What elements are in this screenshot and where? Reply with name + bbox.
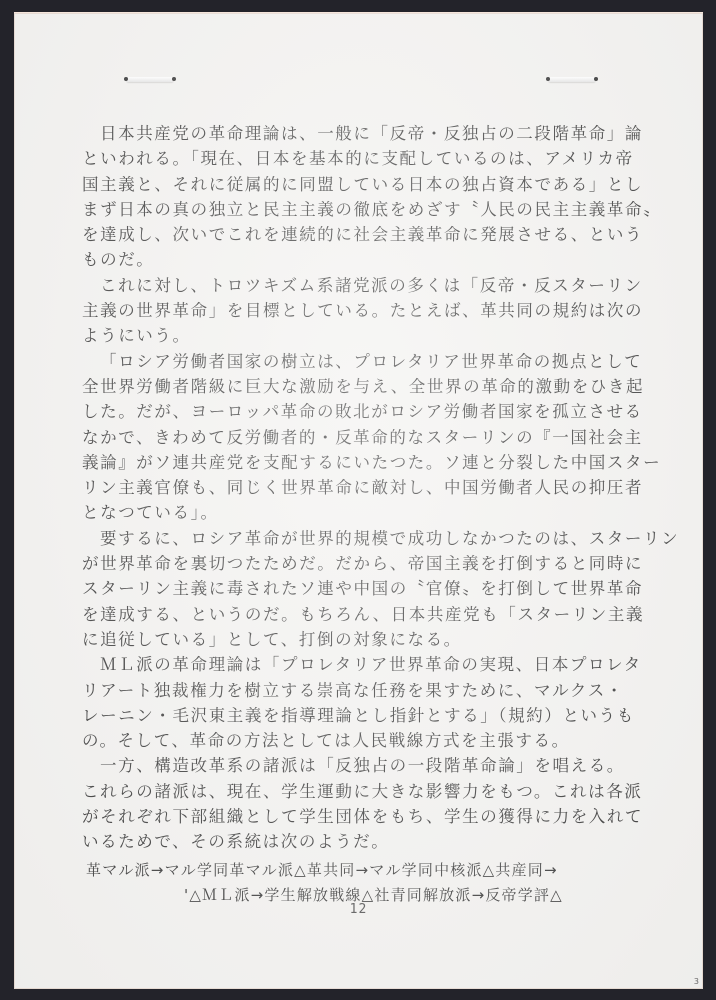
paragraph-jcp-theory: 日本共産党の革命理論は、一般に「反帝・反独占の二段階革命」論 といわれる。「現在… [82,121,614,273]
text-line: これに対し、トロツキズム系諸党派の多くは「反帝・反スターリン [82,273,614,298]
text-line: まず日本の真の独立と民主主義の徹底をめざす〝人民の民主主義革命〟 [82,197,614,222]
text-line: リアート独裁権力を樹立する崇高な任務を果すために、マルクス・ [82,678,614,703]
paragraph-summary: 要するに、ロシア革命が世界的規模で成功しなかつたのは、スターリン が世界革命を裏… [82,526,614,652]
text-line: を達成し、次いでこれを連続的に社会主義革命に発展させる、という [82,222,614,247]
staple-left [126,77,174,82]
paragraph-structural-reform: 一方、構造改革系の諸派は「反独占の一段階革命論」を唱える。 これらの諸派は、現在… [82,753,614,854]
staple-right [548,77,596,82]
faction-lineage: 革マル派→マル学同革マル派△革共同→マル学同中核派△共産同→ '△ＭＬ派→学生解… [82,858,614,909]
text-line: を達成する、というのだ。もちろん、日本共産党も「スターリン主義 [82,602,614,627]
text-line: 主義の世界革命」を目標としている。たとえば、革共同の規約は次の [82,298,614,323]
text-line: いるためで、その系統は次のようだ。 [82,829,614,854]
text-line: の。そして、革命の方法としては人民戦線方式を主張する。 [82,728,614,753]
text-line: レーニン・毛沢東主義を指導理論とし指針とする」（規約）というも [82,703,614,728]
text-line: 「ロシア労働者国家の樹立は、プロレタリア世界革命の拠点として [82,349,614,374]
text-line: となつている」。 [82,500,614,525]
text-line: これらの諸派は、現在、学生運動に大きな影響力をもつ。これは各派 [82,779,614,804]
text-line: 要するに、ロシア革命が世界的規模で成功しなかつたのは、スターリン [82,526,614,551]
text-line: した。だが、ヨーロッパ革命の敗北がロシア労働者国家を孤立させる [82,399,614,424]
paragraph-trotskyism: これに対し、トロツキズム系諸党派の多くは「反帝・反スターリン 主義の世界革命」を… [82,273,614,349]
body-text: 日本共産党の革命理論は、一般に「反帝・反独占の二段階革命」論 といわれる。「現在… [82,121,614,908]
text-line: 一方、構造改革系の諸派は「反独占の一段階革命論」を唱える。 [82,753,614,778]
corner-mark: 3 [694,977,699,986]
text-line: といわれる。「現在、日本を基本的に支配しているのは、アメリカ帝 [82,146,614,171]
text-line: ものだ。 [82,247,614,272]
page-number: 12 [14,902,703,917]
paragraph-kakukyodo-quote: 「ロシア労働者国家の樹立は、プロレタリア世界革命の拠点として 全世界労働者階級に… [82,349,614,526]
text-line: リン主義官僚も、同じく世界革命に敵対し、中国労働者人民の抑圧者 [82,475,614,500]
text-line: なかで、きわめて反労働者的・反革命的なスターリンの『一国社会主 [82,425,614,450]
text-line: がそれぞれ下部組織として学生団体をもち、学生の獲得に力を入れて [82,804,614,829]
document-page: 日本共産党の革命理論は、一般に「反帝・反独占の二段階革命」論 といわれる。「現在… [14,12,703,989]
text-line: 国主義と、それに従属的に同盟している日本の独占資本である」とし [82,172,614,197]
text-line: に追従している」として、打倒の対象になる。 [82,627,614,652]
text-line: 全世界労働者階級に巨大な激励を与え、全世界の革命的激動をひき起 [82,374,614,399]
paragraph-ml-faction: ＭＬ派の革命理論は「プロレタリア世界革命の実現、日本プロレタ リアート独裁権力を… [82,652,614,753]
lineage-line: 革マル派→マル学同革マル派△革共同→マル学同中核派△共産同→ [82,858,614,883]
text-line: スターリン主義に毒されたソ連や中国の〝官僚〟を打倒して世界革命 [82,576,614,601]
text-line: 義論』がソ連共産党を支配するにいたつた。ソ連と分裂した中国スター [82,450,614,475]
text-line: ようにいう。 [82,323,614,348]
text-line: が世界革命を裏切つたためだ。だから、帝国主義を打倒すると同時に [82,551,614,576]
text-line: ＭＬ派の革命理論は「プロレタリア世界革命の実現、日本プロレタ [82,652,614,677]
text-line: 日本共産党の革命理論は、一般に「反帝・反独占の二段階革命」論 [82,121,614,146]
